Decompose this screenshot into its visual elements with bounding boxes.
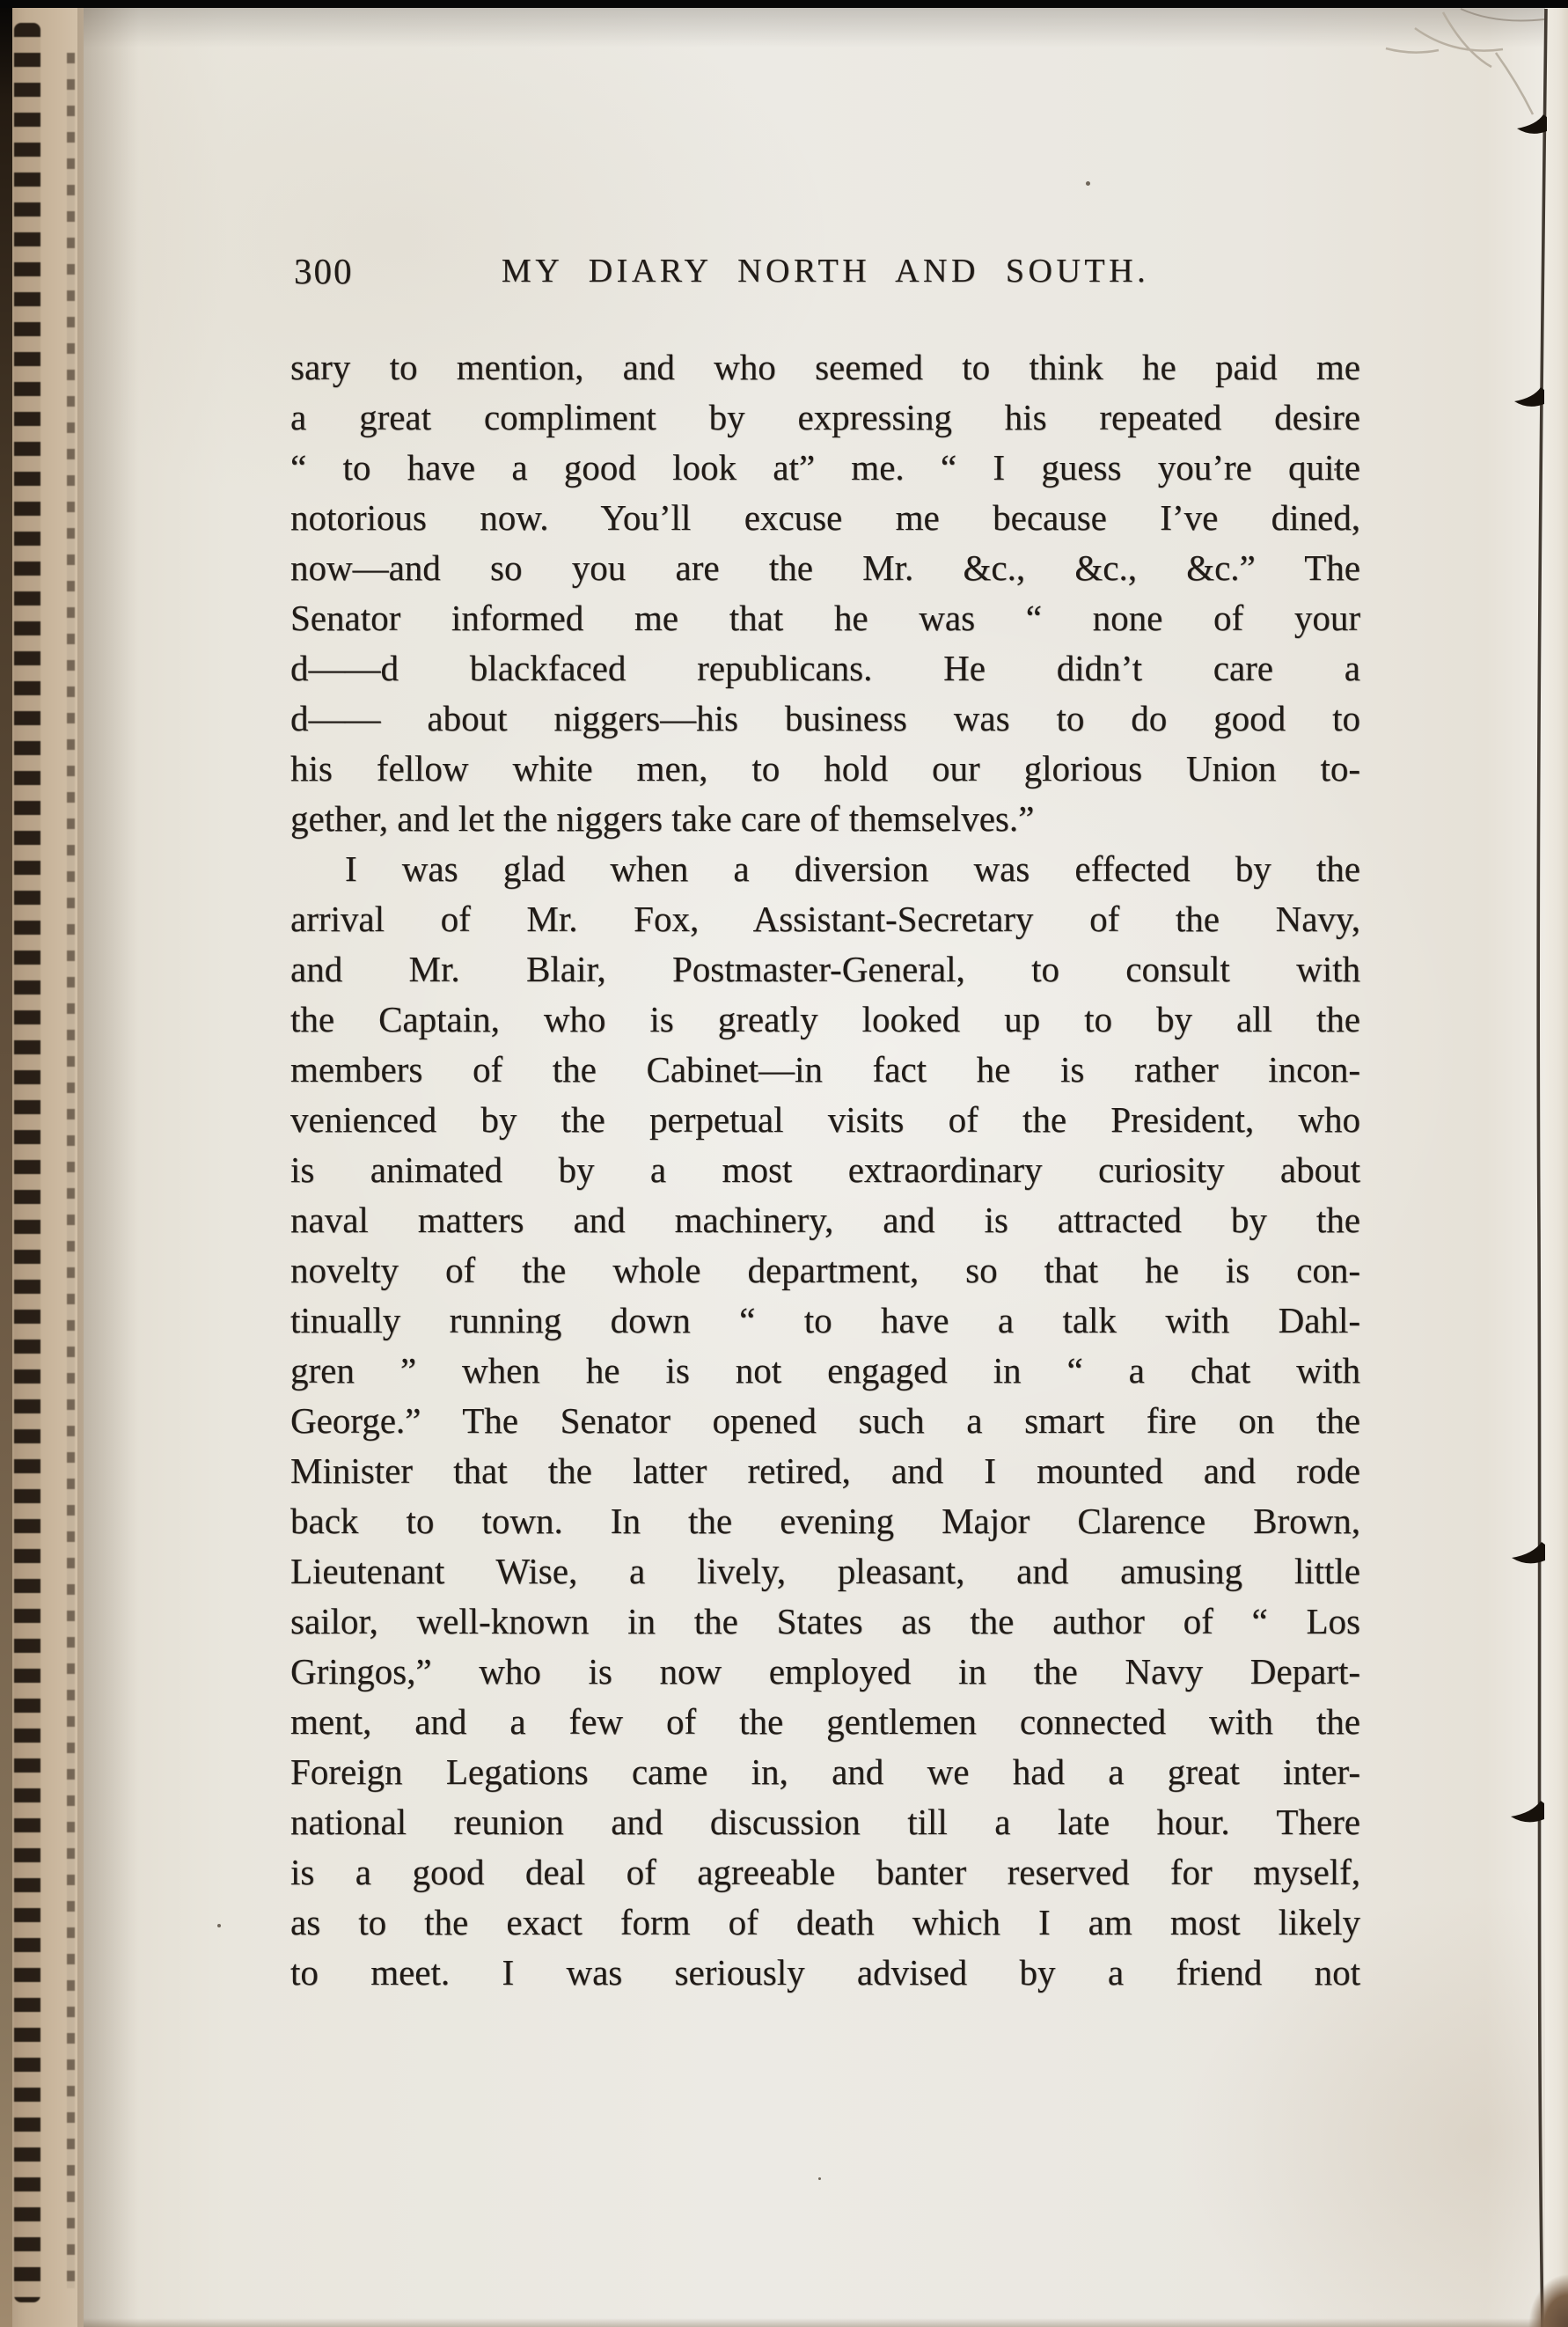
text-line: venienced by the perpetual visits of the…	[290, 1095, 1360, 1145]
photo-background: 300 MY DIARY NORTH AND SOUTH. sary to me…	[0, 0, 1568, 2327]
text-line: now—and so you are the Mr. &c., &c., &c.…	[290, 543, 1360, 593]
text-line: naval matters and machinery, and is attr…	[290, 1195, 1360, 1245]
text-line: gether, and let the niggers take care of…	[290, 794, 1360, 844]
text-line: Lieutenant Wise, a lively, pleasant, and…	[290, 1546, 1360, 1597]
text-line: and Mr. Blair, Postmaster-General, to co…	[290, 944, 1360, 995]
text-body: sary to mention, and who seemed to think…	[290, 342, 1360, 1998]
text-line: sary to mention, and who seemed to think…	[290, 342, 1360, 393]
paper-speck	[1086, 181, 1090, 186]
text-line: I was glad when a diversion was effected…	[290, 844, 1360, 894]
text-line: gren ” when he is not engaged in “ a cha…	[290, 1346, 1360, 1396]
text-line: d—— about niggers—his business was to do…	[290, 694, 1360, 744]
text-line: tinually running down “ to have a talk w…	[290, 1296, 1360, 1346]
text-line: novelty of the whole department, so that…	[290, 1245, 1360, 1296]
photo-top-edge	[0, 0, 1568, 8]
text-line: ment, and a few of the gentlemen connect…	[290, 1697, 1360, 1747]
text-line: sailor, well-known in the States as the …	[290, 1597, 1360, 1647]
text-line: George.” The Senator opened such a smart…	[290, 1396, 1360, 1446]
paper-speck	[818, 2177, 821, 2180]
text-line: back to town. In the evening Major Clare…	[290, 1496, 1360, 1546]
text-line: a great compliment by expressing his rep…	[290, 393, 1360, 443]
text-line: Foreign Legations came in, and we had a …	[290, 1747, 1360, 1797]
text-line: as to the exact form of death which I am…	[290, 1898, 1360, 1948]
text-line: Gringos,” who is now employed in the Nav…	[290, 1647, 1360, 1697]
text-line: “ to have a good look at” me. “ I guess …	[290, 443, 1360, 493]
text-line: his fellow white men, to hold our glorio…	[290, 744, 1360, 794]
text-line: arrival of Mr. Fox, Assistant-Secretary …	[290, 894, 1360, 944]
paragraph: I was glad when a diversion was effected…	[290, 844, 1360, 1998]
text-line: Senator informed me that he was “ none o…	[290, 593, 1360, 643]
running-title: MY DIARY NORTH AND SOUTH.	[290, 252, 1360, 290]
page-header: 300 MY DIARY NORTH AND SOUTH.	[290, 250, 1360, 294]
text-line: is a good deal of agreeable banter reser…	[290, 1847, 1360, 1898]
text-line: notorious now. You’ll excuse me because …	[290, 493, 1360, 543]
paragraph: sary to mention, and who seemed to think…	[290, 342, 1360, 844]
text-line: is animated by a most extraordinary curi…	[290, 1145, 1360, 1195]
text-line: national reunion and discussion till a l…	[290, 1797, 1360, 1847]
text-line: the Captain, who is greatly looked up to…	[290, 995, 1360, 1045]
text-line: Minister that the latter retired, and I …	[290, 1446, 1360, 1496]
text-line: members of the Cabinet—in fact he is rat…	[290, 1045, 1360, 1095]
paper-speck	[217, 1924, 221, 1927]
text-line: d——d blackfaced republicans. He didn’t c…	[290, 643, 1360, 694]
text-line: to meet. I was seriously advised by a fr…	[290, 1948, 1360, 1998]
